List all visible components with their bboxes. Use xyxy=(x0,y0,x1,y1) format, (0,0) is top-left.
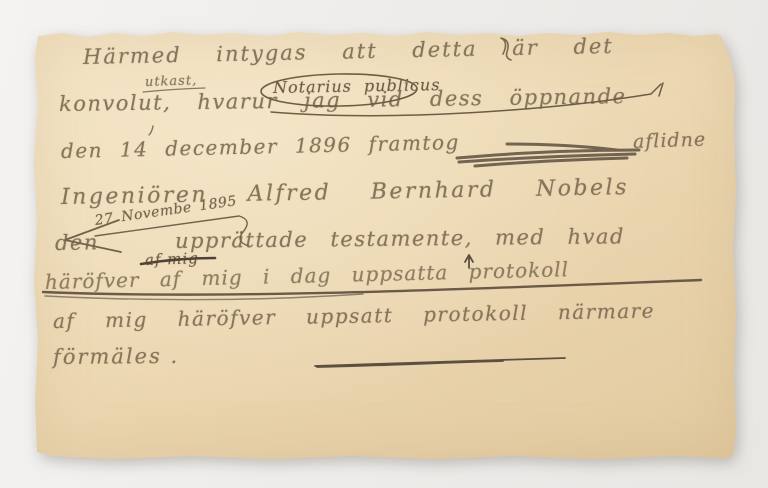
photo-background: { "scene": { "description": "Photograph … xyxy=(0,0,768,488)
inserted-word-utkast: utkast, xyxy=(145,74,198,90)
strikethrough-line-2 xyxy=(45,294,363,300)
handwritten-line-5: upprättade testamente, med hvad xyxy=(175,225,625,253)
handwritten-line-8: förmäles . xyxy=(53,345,179,369)
signature-line xyxy=(315,358,565,367)
paper-sheet: Härmed intygas att detta är det utkast, … xyxy=(33,30,737,460)
handwritten-line-3: den 14 december 1896 framtog xyxy=(61,131,460,162)
handwritten-line-7: af mig häröfver uppsatt protokoll närmar… xyxy=(53,299,655,332)
illegible-scribble xyxy=(457,144,639,166)
stray-comma-mark xyxy=(149,126,153,135)
handwritten-line-2: konvolut, hvarur jag vid dess öppnande xyxy=(59,85,627,116)
handwritten-line-5-start: den xyxy=(55,231,99,255)
handwritten-line-3-end: aflidne xyxy=(633,129,707,152)
handwritten-line-1: Härmed intygas att detta är det xyxy=(83,35,614,69)
struck-handwritten-line-6: häröfver af mig i dag uppsatta protokoll xyxy=(45,258,570,293)
handwritten-note-photo: Härmed intygas att detta är det utkast, … xyxy=(33,30,737,460)
